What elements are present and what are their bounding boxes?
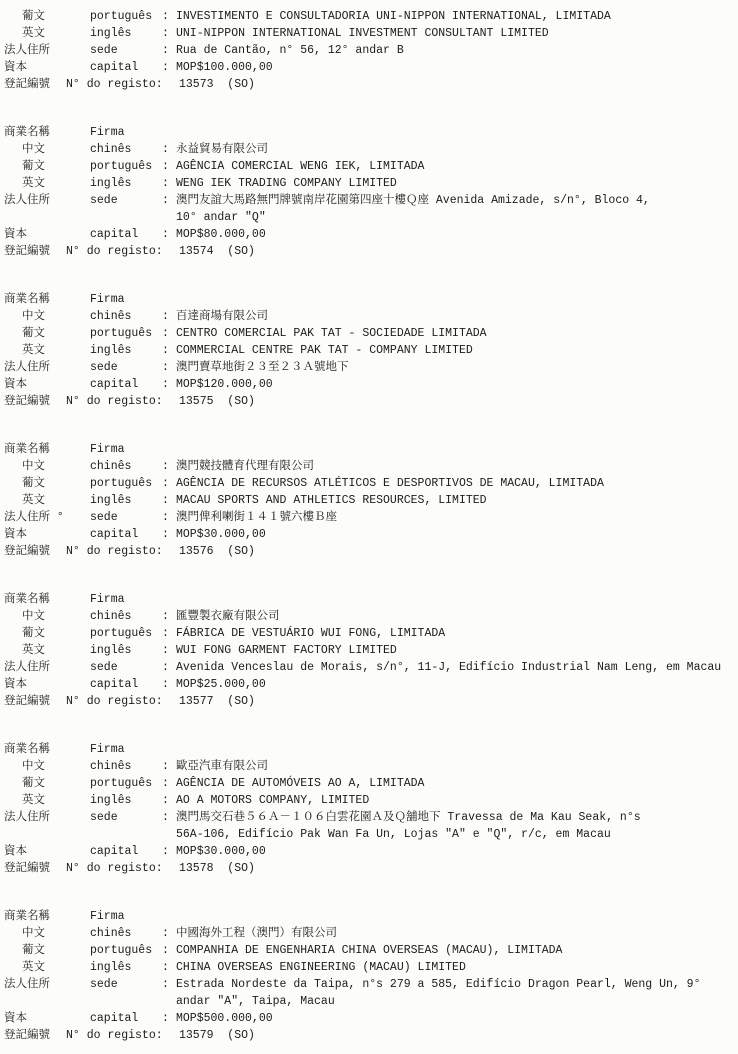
field-value-line: MACAU SPORTS AND ATHLETICS RESOURCES, LI…: [176, 492, 732, 509]
label-pt: português: [90, 775, 162, 792]
field-value: 永益貿易有限公司: [176, 141, 732, 158]
field-row-portuguese-name: 葡文português:AGÊNCIA COMERCIAL WENG IEK, …: [4, 158, 732, 175]
registry-entry: 商業名稱Firma中文chinês:百達商場有限公司葡文português:CE…: [4, 291, 732, 410]
label-zh: 葡文: [4, 942, 90, 959]
label-pt: sede: [90, 509, 162, 526]
label-pt: inglês: [90, 175, 162, 192]
label-zh: 資本: [4, 376, 90, 393]
field-value-line: 13577 (SO): [179, 693, 732, 710]
field-value: CENTRO COMERCIAL PAK TAT - SOCIEDADE LIM…: [176, 325, 732, 342]
colon-separator: :: [162, 325, 176, 342]
label-pt: inglês: [90, 642, 162, 659]
colon-separator: :: [162, 342, 176, 359]
label-pt: sede: [90, 809, 162, 826]
field-value-line: Rua de Cantão, n° 56, 12° andar B: [176, 42, 732, 59]
field-value-line: AGÊNCIA COMERCIAL WENG IEK, LIMITADA: [176, 158, 732, 175]
field-value-line: MOP$120.000,00: [176, 376, 732, 393]
field-value-line: MOP$500.000,00: [176, 1010, 732, 1027]
field-row-portuguese-name: 葡文português:AGÊNCIA DE AUTOMÓVEIS AO A, …: [4, 775, 732, 792]
field-value-line: 澳門賣草地街２３至２３Ａ號地下: [176, 359, 732, 376]
label-pt: inglês: [90, 25, 162, 42]
field-value: 百達商場有限公司: [176, 308, 732, 325]
label-pt: português: [90, 942, 162, 959]
colon-separator: :: [162, 475, 176, 492]
label-pt: inglês: [90, 792, 162, 809]
field-value: Avenida Venceslau de Morais, s/n°, 11-J,…: [176, 659, 732, 676]
field-value-line: 13574 (SO): [179, 243, 732, 260]
colon-separator: :: [162, 25, 176, 42]
field-row-portuguese-name: 葡文português:AGÊNCIA DE RECURSOS ATLÉTICO…: [4, 475, 732, 492]
registry-entry: 葡文português:INVESTIMENTO E CONSULTADORIA…: [4, 8, 732, 93]
colon-separator: :: [162, 976, 176, 993]
label-zh: 英文: [4, 642, 90, 659]
field-value: FÁBRICA DE VESTUÁRIO WUI FONG, LIMITADA: [176, 625, 732, 642]
field-row-firma: 商業名稱Firma: [4, 908, 732, 925]
field-row-chinese-name: 中文chinês:百達商場有限公司: [4, 308, 732, 325]
colon-separator: :: [162, 141, 176, 158]
field-row-firma: 商業名稱Firma: [4, 741, 732, 758]
field-value-line: WENG IEK TRADING COMPANY LIMITED: [176, 175, 732, 192]
field-row-english-name: 英文inglês:COMMERCIAL CENTRE PAK TAT - COM…: [4, 342, 732, 359]
field-value-line: COMPANHIA DE ENGENHARIA CHINA OVERSEAS (…: [176, 942, 732, 959]
label-zh: 法人住所: [4, 809, 90, 826]
field-value: COMPANHIA DE ENGENHARIA CHINA OVERSEAS (…: [176, 942, 732, 959]
field-row-capital: 資本capital:MOP$30.000,00: [4, 843, 732, 860]
label-zh: 葡文: [4, 475, 90, 492]
field-value-line: CENTRO COMERCIAL PAK TAT - SOCIEDADE LIM…: [176, 325, 732, 342]
field-row-address: 法人住所sede:澳門馬交石巷５６Ａ－１０６白雲花園Ａ及Ｑ舖地下 Travess…: [4, 809, 732, 843]
colon-separator: :: [162, 659, 176, 676]
field-value-line: 澳門馬交石巷５６Ａ－１０６白雲花園Ａ及Ｑ舖地下 Travessa de Ma K…: [176, 809, 732, 826]
label-zh: 登記編號: [4, 1027, 66, 1044]
label-zh: 中文: [4, 458, 90, 475]
field-row-registration: 登記編號N° do registo:13579 (SO): [4, 1027, 732, 1044]
label-zh: 法人住所: [4, 659, 90, 676]
label-pt: capital: [90, 226, 162, 243]
field-value: 歐亞汽車有限公司: [176, 758, 732, 775]
label-zh: 英文: [4, 175, 90, 192]
label-pt: português: [90, 158, 162, 175]
label-zh: 英文: [4, 492, 90, 509]
label-zh: 中文: [4, 141, 90, 158]
colon-separator: :: [162, 8, 176, 25]
label-pt: sede: [90, 976, 162, 993]
label-pt: Firma: [90, 591, 162, 608]
label-zh: 中文: [4, 308, 90, 325]
field-value: MOP$80.000,00: [176, 226, 732, 243]
label-zh: 葡文: [4, 8, 90, 25]
field-row-capital: 資本capital:MOP$100.000,00: [4, 59, 732, 76]
field-row-chinese-name: 中文chinês:歐亞汽車有限公司: [4, 758, 732, 775]
label-zh: 法人住所: [4, 976, 90, 993]
label-pt: sede: [90, 192, 162, 209]
field-row-capital: 資本capital:MOP$80.000,00: [4, 226, 732, 243]
colon-separator: :: [162, 959, 176, 976]
field-row-english-name: 英文inglês:AO A MOTORS COMPANY, LIMITED: [4, 792, 732, 809]
field-row-firma: 商業名稱Firma: [4, 591, 732, 608]
label-pt: capital: [90, 526, 162, 543]
registry-entry: 商業名稱Firma中文chinês:匯豐製衣廠有限公司葡文português:F…: [4, 591, 732, 710]
label-zh: 商業名稱: [4, 591, 90, 608]
field-value-line: MOP$30.000,00: [176, 843, 732, 860]
field-value-line: 13576 (SO): [179, 543, 732, 560]
field-value-line: CHINA OVERSEAS ENGINEERING (MACAU) LIMIT…: [176, 959, 732, 976]
field-value: 澳門馬交石巷５６Ａ－１０６白雲花園Ａ及Ｑ舖地下 Travessa de Ma K…: [176, 809, 732, 843]
label-pt: Firma: [90, 291, 162, 308]
colon-separator: :: [162, 608, 176, 625]
label-pt: capital: [90, 843, 162, 860]
label-pt: chinês: [90, 308, 162, 325]
label-pt: sede: [90, 659, 162, 676]
field-row-english-name: 英文inglês:WENG IEK TRADING COMPANY LIMITE…: [4, 175, 732, 192]
field-value: AGÊNCIA COMERCIAL WENG IEK, LIMITADA: [176, 158, 732, 175]
label-pt: Firma: [90, 741, 162, 758]
colon-separator: :: [162, 1010, 176, 1027]
field-value: 13575 (SO): [179, 393, 732, 410]
field-row-address: 法人住所sede:Estrada Nordeste da Taipa, n°s …: [4, 976, 732, 1010]
field-row-registration: 登記編號N° do registo:13573 (SO): [4, 76, 732, 93]
label-zh: 商業名稱: [4, 291, 90, 308]
label-pt: inglês: [90, 492, 162, 509]
registry-entry: 商業名稱Firma中文chinês:歐亞汽車有限公司葡文português:AG…: [4, 741, 732, 877]
label-pt: N° do registo:: [66, 860, 179, 877]
field-value-line: COMMERCIAL CENTRE PAK TAT - COMPANY LIMI…: [176, 342, 732, 359]
field-row-english-name: 英文inglês:CHINA OVERSEAS ENGINEERING (MAC…: [4, 959, 732, 976]
field-value: 13576 (SO): [179, 543, 732, 560]
label-pt: Firma: [90, 908, 162, 925]
label-zh: 葡文: [4, 158, 90, 175]
field-value: MOP$25.000,00: [176, 676, 732, 693]
field-value: MOP$100.000,00: [176, 59, 732, 76]
colon-separator: :: [162, 458, 176, 475]
field-value-line: Estrada Nordeste da Taipa, n°s 279 a 585…: [176, 976, 732, 993]
field-value-line: 13573 (SO): [179, 76, 732, 93]
label-zh: 登記編號: [4, 243, 66, 260]
colon-separator: :: [162, 192, 176, 209]
label-pt: português: [90, 475, 162, 492]
label-zh: 商業名稱: [4, 124, 90, 141]
label-zh: 中文: [4, 925, 90, 942]
colon-separator: :: [162, 158, 176, 175]
field-value-line: MOP$30.000,00: [176, 526, 732, 543]
label-pt: capital: [90, 1010, 162, 1027]
field-value-line: AGÊNCIA DE RECURSOS ATLÉTICOS E DESPORTI…: [176, 475, 732, 492]
field-value-line: 澳門競技體育代理有限公司: [176, 458, 732, 475]
field-value: 澳門友誼大馬路無門牌號南岸花園第四座十樓Ｑ座 Avenida Amizade, …: [176, 192, 732, 226]
label-zh: 法人住所 °: [4, 509, 90, 526]
colon-separator: :: [162, 492, 176, 509]
field-row-registration: 登記編號N° do registo:13578 (SO): [4, 860, 732, 877]
field-value-line: 13579 (SO): [179, 1027, 732, 1044]
field-value: 13577 (SO): [179, 693, 732, 710]
field-row-portuguese-name: 葡文português:INVESTIMENTO E CONSULTADORIA…: [4, 8, 732, 25]
colon-separator: :: [162, 509, 176, 526]
colon-separator: :: [162, 526, 176, 543]
field-value-line: 10° andar "Q": [176, 209, 732, 226]
label-pt: N° do registo:: [66, 76, 179, 93]
field-value: AO A MOTORS COMPANY, LIMITED: [176, 792, 732, 809]
colon-separator: :: [162, 376, 176, 393]
field-row-english-name: 英文inglês:MACAU SPORTS AND ATHLETICS RESO…: [4, 492, 732, 509]
label-pt: sede: [90, 359, 162, 376]
field-value-line: 歐亞汽車有限公司: [176, 758, 732, 775]
label-zh: 資本: [4, 843, 90, 860]
label-pt: chinês: [90, 141, 162, 158]
field-value: 中國海外工程（澳門）有限公司: [176, 925, 732, 942]
label-pt: capital: [90, 676, 162, 693]
field-row-portuguese-name: 葡文português:COMPANHIA DE ENGENHARIA CHIN…: [4, 942, 732, 959]
label-pt: N° do registo:: [66, 243, 179, 260]
field-value: MOP$500.000,00: [176, 1010, 732, 1027]
colon-separator: :: [162, 308, 176, 325]
field-row-chinese-name: 中文chinês:匯豐製衣廠有限公司: [4, 608, 732, 625]
field-value-line: MOP$25.000,00: [176, 676, 732, 693]
label-pt: N° do registo:: [66, 393, 179, 410]
label-pt: português: [90, 325, 162, 342]
label-zh: 中文: [4, 758, 90, 775]
field-value: Estrada Nordeste da Taipa, n°s 279 a 585…: [176, 976, 732, 1010]
colon-separator: :: [162, 809, 176, 826]
colon-separator: :: [162, 359, 176, 376]
label-zh: 英文: [4, 25, 90, 42]
field-value: 匯豐製衣廠有限公司: [176, 608, 732, 625]
colon-separator: :: [162, 792, 176, 809]
field-value-line: AO A MOTORS COMPANY, LIMITED: [176, 792, 732, 809]
field-value: COMMERCIAL CENTRE PAK TAT - COMPANY LIMI…: [176, 342, 732, 359]
field-row-capital: 資本capital:MOP$120.000,00: [4, 376, 732, 393]
field-row-english-name: 英文inglês:WUI FONG GARMENT FACTORY LIMITE…: [4, 642, 732, 659]
label-pt: sede: [90, 42, 162, 59]
field-value-line: 中國海外工程（澳門）有限公司: [176, 925, 732, 942]
label-pt: Firma: [90, 124, 162, 141]
field-value: CHINA OVERSEAS ENGINEERING (MACAU) LIMIT…: [176, 959, 732, 976]
label-zh: 葡文: [4, 625, 90, 642]
label-pt: chinês: [90, 925, 162, 942]
field-value-line: MOP$100.000,00: [176, 59, 732, 76]
field-value: 13579 (SO): [179, 1027, 732, 1044]
field-value-line: AGÊNCIA DE AUTOMÓVEIS AO A, LIMITADA: [176, 775, 732, 792]
field-value-line: 百達商場有限公司: [176, 308, 732, 325]
field-value: 澳門俾利喇街１４１號六樓Ｂ座: [176, 509, 732, 526]
colon-separator: :: [162, 175, 176, 192]
label-zh: 登記編號: [4, 543, 66, 560]
label-zh: 資本: [4, 226, 90, 243]
label-pt: inglês: [90, 342, 162, 359]
label-pt: capital: [90, 376, 162, 393]
label-zh: 登記編號: [4, 76, 66, 93]
label-zh: 資本: [4, 59, 90, 76]
field-row-address: 法人住所sede:澳門賣草地街２３至２３Ａ號地下: [4, 359, 732, 376]
field-value: 13578 (SO): [179, 860, 732, 877]
label-zh: 登記編號: [4, 860, 66, 877]
colon-separator: :: [162, 775, 176, 792]
field-row-portuguese-name: 葡文português:CENTRO COMERCIAL PAK TAT - S…: [4, 325, 732, 342]
label-pt: chinês: [90, 758, 162, 775]
field-row-address: 法人住所 °sede:澳門俾利喇街１４１號六樓Ｂ座: [4, 509, 732, 526]
label-zh: 法人住所: [4, 359, 90, 376]
label-pt: capital: [90, 59, 162, 76]
colon-separator: :: [162, 59, 176, 76]
field-value-line: 13575 (SO): [179, 393, 732, 410]
colon-separator: :: [162, 676, 176, 693]
label-zh: 商業名稱: [4, 441, 90, 458]
field-value: MOP$30.000,00: [176, 526, 732, 543]
label-pt: N° do registo:: [66, 543, 179, 560]
field-value: INVESTIMENTO E CONSULTADORIA UNI-NIPPON …: [176, 8, 732, 25]
label-pt: chinês: [90, 458, 162, 475]
label-zh: 法人住所: [4, 42, 90, 59]
field-value: 13573 (SO): [179, 76, 732, 93]
field-value: Rua de Cantão, n° 56, 12° andar B: [176, 42, 732, 59]
field-value-line: Avenida Venceslau de Morais, s/n°, 11-J,…: [176, 659, 732, 676]
label-pt: N° do registo:: [66, 1027, 179, 1044]
label-zh: 商業名稱: [4, 741, 90, 758]
label-pt: português: [90, 625, 162, 642]
label-zh: 中文: [4, 608, 90, 625]
field-value-line: andar "A", Taipa, Macau: [176, 993, 732, 1010]
field-value-line: 匯豐製衣廠有限公司: [176, 608, 732, 625]
label-zh: 商業名稱: [4, 908, 90, 925]
field-row-chinese-name: 中文chinês:中國海外工程（澳門）有限公司: [4, 925, 732, 942]
registry-entry: 商業名稱Firma中文chinês:澳門競技體育代理有限公司葡文portuguê…: [4, 441, 732, 560]
label-zh: 葡文: [4, 325, 90, 342]
colon-separator: :: [162, 226, 176, 243]
colon-separator: :: [162, 642, 176, 659]
field-value: MOP$120.000,00: [176, 376, 732, 393]
field-row-firma: 商業名稱Firma: [4, 291, 732, 308]
field-value: 澳門賣草地街２３至２３Ａ號地下: [176, 359, 732, 376]
label-pt: inglês: [90, 959, 162, 976]
field-row-registration: 登記編號N° do registo:13575 (SO): [4, 393, 732, 410]
field-value: WENG IEK TRADING COMPANY LIMITED: [176, 175, 732, 192]
field-value-line: 澳門友誼大馬路無門牌號南岸花園第四座十樓Ｑ座 Avenida Amizade, …: [176, 192, 732, 209]
field-row-firma: 商業名稱Firma: [4, 441, 732, 458]
field-row-registration: 登記編號N° do registo:13577 (SO): [4, 693, 732, 710]
field-value-line: WUI FONG GARMENT FACTORY LIMITED: [176, 642, 732, 659]
field-value: 13574 (SO): [179, 243, 732, 260]
label-pt: chinês: [90, 608, 162, 625]
label-zh: 英文: [4, 342, 90, 359]
label-zh: 英文: [4, 959, 90, 976]
field-value-line: 永益貿易有限公司: [176, 141, 732, 158]
field-row-portuguese-name: 葡文português:FÁBRICA DE VESTUÁRIO WUI FON…: [4, 625, 732, 642]
field-value: 澳門競技體育代理有限公司: [176, 458, 732, 475]
registry-document-page: 葡文português:INVESTIMENTO E CONSULTADORIA…: [0, 0, 738, 1054]
label-zh: 資本: [4, 1010, 90, 1027]
field-row-capital: 資本capital:MOP$500.000,00: [4, 1010, 732, 1027]
colon-separator: :: [162, 942, 176, 959]
field-row-firma: 商業名稱Firma: [4, 124, 732, 141]
field-row-registration: 登記編號N° do registo:13576 (SO): [4, 543, 732, 560]
field-value-line: 13578 (SO): [179, 860, 732, 877]
field-row-address: 法人住所sede:Avenida Venceslau de Morais, s/…: [4, 659, 732, 676]
field-value: AGÊNCIA DE AUTOMÓVEIS AO A, LIMITADA: [176, 775, 732, 792]
field-value: WUI FONG GARMENT FACTORY LIMITED: [176, 642, 732, 659]
field-row-chinese-name: 中文chinês:永益貿易有限公司: [4, 141, 732, 158]
label-zh: 葡文: [4, 775, 90, 792]
field-value: UNI-NIPPON INTERNATIONAL INVESTMENT CONS…: [176, 25, 732, 42]
label-zh: 登記編號: [4, 693, 66, 710]
label-zh: 登記編號: [4, 393, 66, 410]
field-row-capital: 資本capital:MOP$30.000,00: [4, 526, 732, 543]
registry-entry: 商業名稱Firma中文chinês:永益貿易有限公司葡文português:AG…: [4, 124, 732, 260]
field-row-capital: 資本capital:MOP$25.000,00: [4, 676, 732, 693]
field-value-line: MOP$80.000,00: [176, 226, 732, 243]
colon-separator: :: [162, 925, 176, 942]
field-value: MOP$30.000,00: [176, 843, 732, 860]
field-value-line: UNI-NIPPON INTERNATIONAL INVESTMENT CONS…: [176, 25, 732, 42]
label-zh: 資本: [4, 676, 90, 693]
label-pt: Firma: [90, 441, 162, 458]
field-value-line: 56A-106, Edifício Pak Wan Fa Un, Lojas "…: [176, 826, 732, 843]
field-row-registration: 登記編號N° do registo:13574 (SO): [4, 243, 732, 260]
label-zh: 法人住所: [4, 192, 90, 209]
label-zh: 英文: [4, 792, 90, 809]
label-pt: N° do registo:: [66, 693, 179, 710]
colon-separator: :: [162, 625, 176, 642]
field-row-chinese-name: 中文chinês:澳門競技體育代理有限公司: [4, 458, 732, 475]
label-pt: português: [90, 8, 162, 25]
field-row-address: 法人住所sede:Rua de Cantão, n° 56, 12° andar…: [4, 42, 732, 59]
label-zh: 資本: [4, 526, 90, 543]
field-row-address: 法人住所sede:澳門友誼大馬路無門牌號南岸花園第四座十樓Ｑ座 Avenida …: [4, 192, 732, 226]
field-row-english-name: 英文inglês:UNI-NIPPON INTERNATIONAL INVEST…: [4, 25, 732, 42]
field-value: AGÊNCIA DE RECURSOS ATLÉTICOS E DESPORTI…: [176, 475, 732, 492]
field-value-line: 澳門俾利喇街１４１號六樓Ｂ座: [176, 509, 732, 526]
field-value-line: INVESTIMENTO E CONSULTADORIA UNI-NIPPON …: [176, 8, 732, 25]
colon-separator: :: [162, 42, 176, 59]
colon-separator: :: [162, 758, 176, 775]
field-value: MACAU SPORTS AND ATHLETICS RESOURCES, LI…: [176, 492, 732, 509]
colon-separator: :: [162, 843, 176, 860]
field-value-line: FÁBRICA DE VESTUÁRIO WUI FONG, LIMITADA: [176, 625, 732, 642]
registry-entry: 商業名稱Firma中文chinês:中國海外工程（澳門）有限公司葡文portug…: [4, 908, 732, 1044]
